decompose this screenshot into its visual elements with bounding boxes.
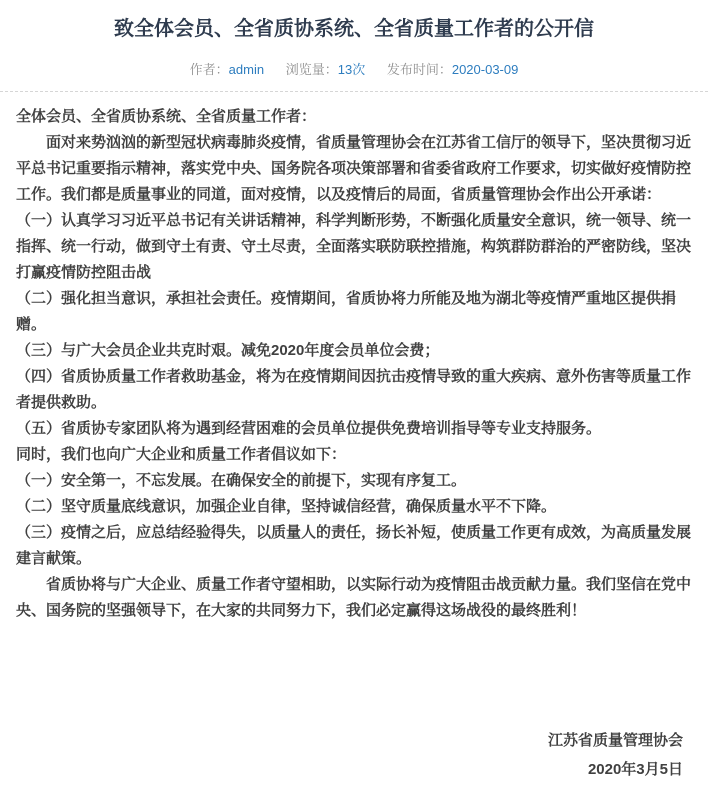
signature-block: 江苏省质量管理协会 2020年3月5日 — [548, 726, 683, 784]
author-value: admin — [229, 62, 264, 77]
author-label: 作者： — [190, 62, 229, 77]
intro-paragraph: 面对来势汹汹的新型冠状病毒肺炎疫情，省质量管理协会在江苏省工信厅的领导下，坚决贯… — [16, 130, 692, 208]
publish-date-value: 2020-03-09 — [452, 62, 519, 77]
page-title: 致全体会员、全省质协系统、全省质量工作者的公开信 — [0, 16, 708, 42]
proposal-item-2: （二）坚守质量底线意识，加强企业自律，坚持诚信经营，确保质量水平不下降。 — [16, 494, 692, 520]
open-letter-page: 致全体会员、全省质协系统、全省质量工作者的公开信 作者：admin 浏览量：13… — [0, 0, 708, 788]
views-value: 13次 — [338, 62, 365, 77]
commitment-item-1: （一）认真学习习近平总书记有关讲话精神，科学判断形势，不断强化质量安全意识，统一… — [16, 208, 692, 286]
commitment-item-2: （二）强化担当意识，承担社会责任。疫情期间，省质协将力所能及地为湖北等疫情严重地… — [16, 286, 692, 338]
article-body: 全体会员、全省质协系统、全省质量工作者： 面对来势汹汹的新型冠状病毒肺炎疫情，省… — [0, 92, 708, 624]
commitment-item-5: （五）省质协专家团队将为遇到经营困难的会员单位提供免费培训指导等专业支持服务。 — [16, 416, 692, 442]
proposal-intro: 同时，我们也向广大企业和质量工作者倡议如下： — [16, 442, 692, 468]
views-label: 浏览量： — [286, 62, 338, 77]
author-meta: 作者：admin — [190, 62, 264, 77]
commitment-item-3: （三）与广大会员企业共克时艰。减免2020年度会员单位会费； — [16, 338, 692, 364]
closing-paragraph: 省质协将与广大企业、质量工作者守望相助，以实际行动为疫情阻击战贡献力量。我们坚信… — [16, 572, 692, 624]
publish-date-meta: 发布时间：2020-03-09 — [387, 62, 519, 77]
article-header: 致全体会员、全省质协系统、全省质量工作者的公开信 作者：admin 浏览量：13… — [0, 0, 708, 79]
publish-date-label: 发布时间： — [387, 62, 452, 77]
article-meta: 作者：admin 浏览量：13次 发布时间：2020-03-09 — [0, 61, 708, 79]
signature-organization: 江苏省质量管理协会 — [548, 726, 683, 755]
views-meta: 浏览量：13次 — [286, 62, 365, 77]
commitment-item-4: （四）省质协质量工作者救助基金，将为在疫情期间因抗击疫情导致的重大疾病、意外伤害… — [16, 364, 692, 416]
salutation: 全体会员、全省质协系统、全省质量工作者： — [16, 104, 692, 130]
signature-date: 2020年3月5日 — [548, 755, 683, 784]
proposal-item-1: （一）安全第一，不忘发展。在确保安全的前提下，实现有序复工。 — [16, 468, 692, 494]
proposal-item-3: （三）疫情之后，应总结经验得失，以质量人的责任，扬长补短，使质量工作更有成效，为… — [16, 520, 692, 572]
